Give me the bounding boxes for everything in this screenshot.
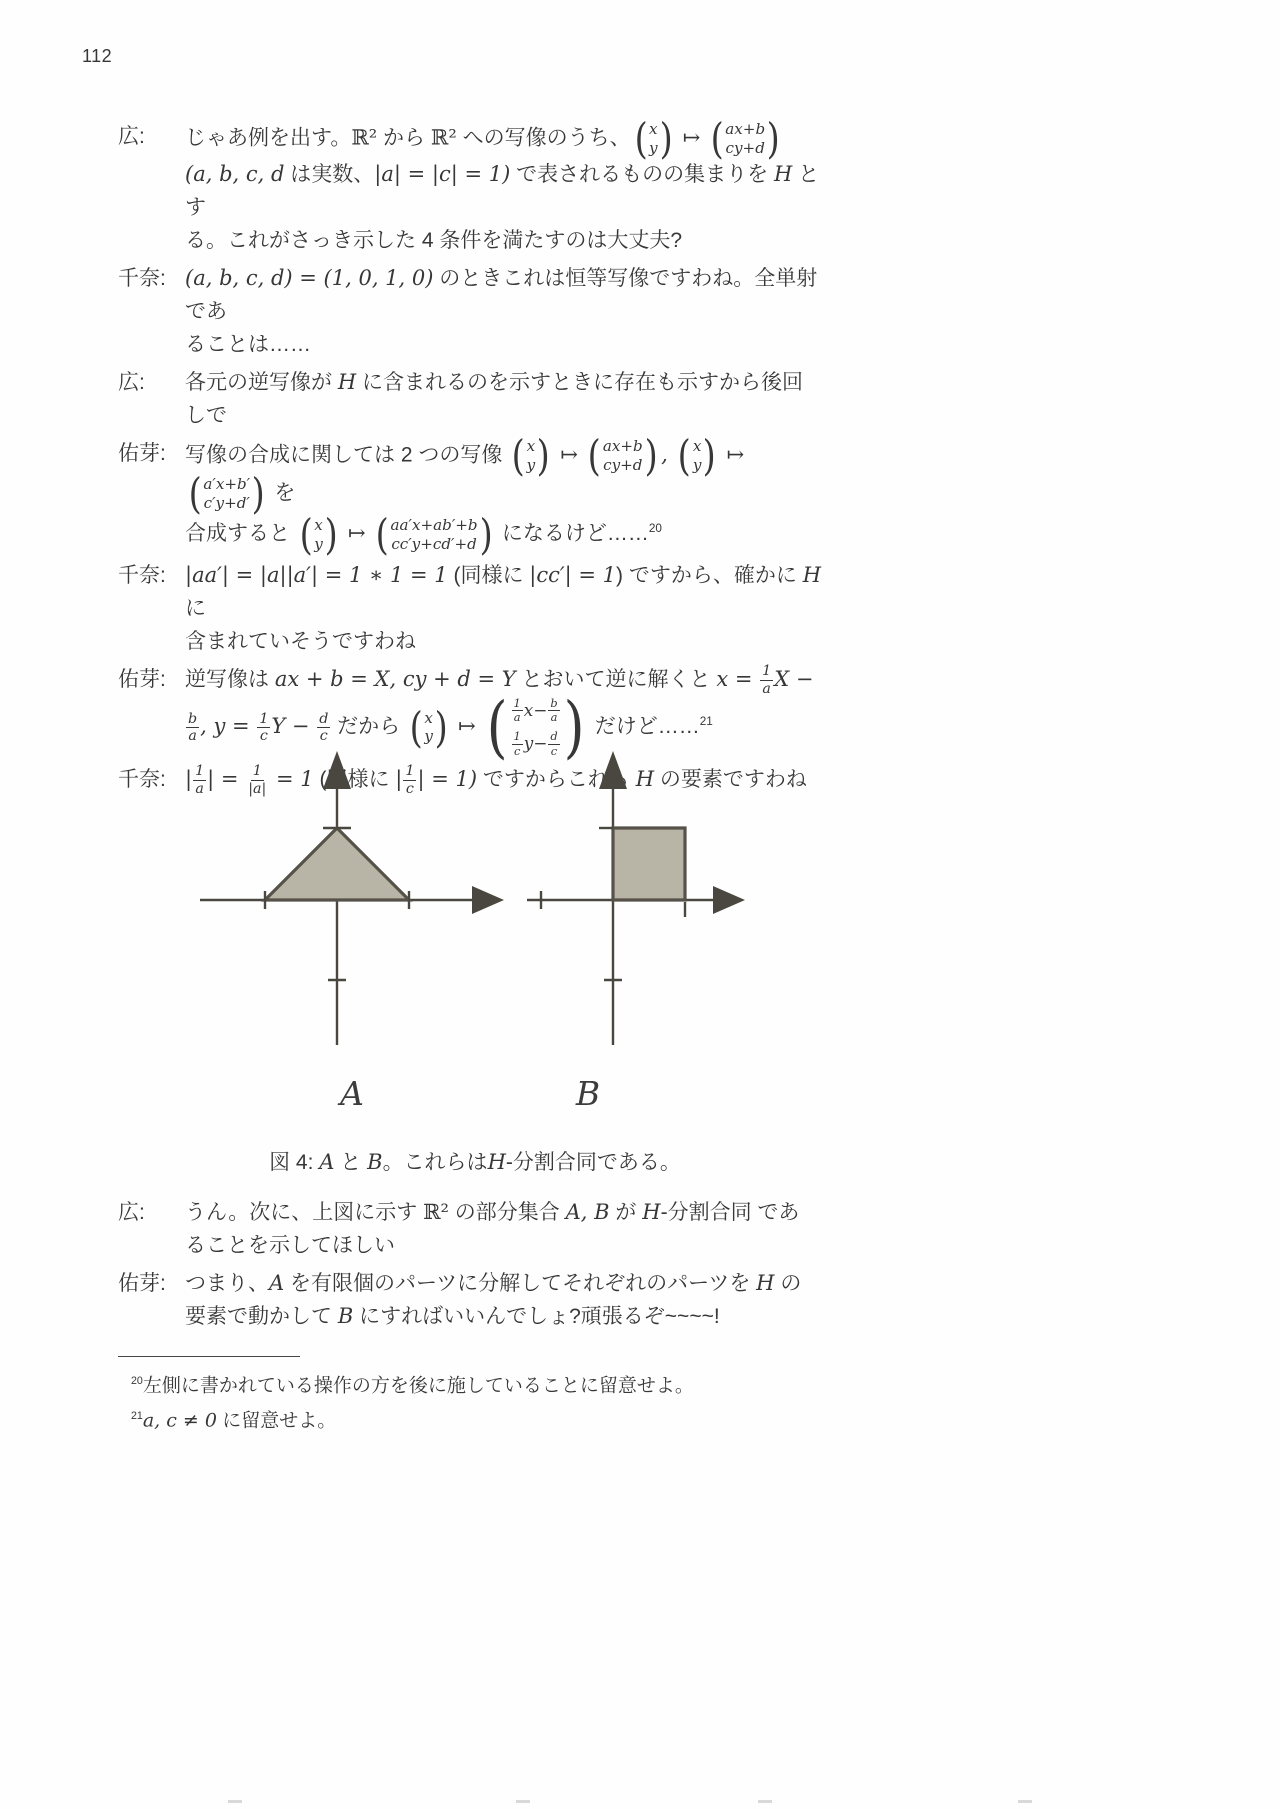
blackboard-symbol: ℝ² [423, 1200, 449, 1224]
scan-artifact [758, 1800, 772, 1803]
scan-artifact [1018, 1800, 1032, 1803]
speaker-label: 広: [118, 1196, 185, 1262]
scan-artifact [516, 1800, 530, 1803]
math-fraction: ba [186, 711, 199, 745]
math-text: x [649, 120, 658, 139]
text-run: とおいて逆に解くと [516, 668, 717, 691]
fraction-numerator: d [317, 711, 330, 728]
figure-panel-a [192, 745, 512, 1047]
math-text: (a, b, c, d) = (1, 0, 1, 0) [185, 266, 433, 290]
paren-right: ) [479, 516, 492, 554]
vector-entries: aa′x+ab′+bcc′y+cd′+d [391, 516, 478, 554]
dialogue-lines: (a, b, c, d) = (1, 0, 1, 0) のときこれは恒等写像です… [185, 262, 832, 361]
footnote-ref: 21 [700, 715, 713, 728]
dialogue-line: 含まれていそうですわね [185, 625, 832, 658]
dialogue-lines: 各元の逆写像が H に含まれるのを示すときに存在も示すから後回しで [185, 366, 832, 432]
math-text: ax+b [603, 437, 643, 456]
text-run: で表されるものの集まりを [510, 163, 774, 186]
math-fraction: 1a [512, 697, 523, 724]
dialogue-line: 合成すると (xy) ↦ (aa′x+ab′+bcc′y+cd′+d) になるけ… [185, 512, 832, 553]
math-vector: (xy) [676, 437, 717, 475]
fraction-numerator: 1 [760, 663, 773, 680]
paren-left: ( [634, 120, 647, 158]
vector-row: x [314, 516, 323, 535]
text-run: を有限個のパーツに分解してそれぞれのパーツを [284, 1272, 756, 1295]
math-text: , y = [200, 714, 256, 738]
paren-left: ( [711, 120, 724, 158]
dialogue-lines: 逆写像は ax + b = X, cy + d = Y とおいて逆に解くと x … [185, 663, 832, 758]
figure-panel-b [505, 745, 765, 1047]
paren-left: ( [678, 437, 691, 475]
dialogue-line: 逆写像は ax + b = X, cy + d = Y とおいて逆に解くと x … [185, 663, 832, 697]
text-run: だから [331, 715, 406, 738]
dialogue-lines: うん。次に、上図に示す ℝ² の部分集合 A, B が H-分割合同 であること… [185, 1196, 832, 1262]
text-run: への写像のうち、 [457, 126, 631, 149]
text-run: (同様に [448, 564, 530, 587]
speaker-label: 広: [118, 366, 185, 432]
text-run: が [610, 1201, 643, 1224]
paren-right: ) [435, 709, 448, 747]
dialogue-line: じゃあ例を出す。ℝ² から ℝ² への写像のうち、(xy) ↦ (ax+bcy+… [185, 120, 832, 158]
text-run: だけど…… [589, 715, 700, 738]
vector-row: y [314, 535, 323, 554]
math-vector: (xy) [298, 516, 339, 554]
page-number: 112 [82, 46, 112, 67]
math-text: x [527, 437, 536, 456]
math-text: x [424, 709, 433, 728]
vector-row: x [527, 437, 536, 456]
text-run: は実数、 [284, 163, 374, 186]
blackboard-symbol: ℝ² [431, 125, 457, 149]
math-text: a, c ≠ 0 [143, 1410, 217, 1432]
vector-row: a′x+b′ [203, 475, 250, 494]
math-vector: (ax+bcy+d) [709, 120, 782, 158]
fraction-denominator: a [549, 711, 560, 724]
text-run: の部分集合 [449, 1201, 566, 1224]
math-text: cy+d [603, 456, 642, 475]
fraction-denominator: c [318, 728, 330, 744]
fraction-numerator: b [186, 711, 199, 728]
math-text: H [803, 563, 821, 587]
dialogue-lines: 写像の合成に関しては 2 つの写像 (xy) ↦ (ax+bcy+d), (xy… [185, 437, 832, 554]
math-text: x [693, 437, 702, 456]
figure-caption: 図 4: A と B。これらはH-分割合同である。 [130, 1146, 820, 1176]
math-text: A, B [566, 1200, 610, 1224]
vector-row: ax+b [603, 437, 643, 456]
text-run: から [377, 126, 431, 149]
vector-row: x [649, 120, 658, 139]
dialogue-line: (a, b, c, d) = (1, 0, 1, 0) のときこれは恒等写像です… [185, 262, 832, 328]
paren-left: ( [410, 709, 423, 747]
text-run: になるけど…… [496, 522, 649, 545]
dialogue-line: しで [185, 399, 832, 432]
dialogue-block-bottom: 広:うん。次に、上図に示す ℝ² の部分集合 A, B が H-分割合同 である… [118, 1196, 832, 1338]
math-vector: (ax+bcy+d) [586, 437, 659, 475]
vector-row: c′y+d′ [204, 494, 250, 513]
dialogue-line: つまり、A を有限個のパーツに分解してそれぞれのパーツを H の [185, 1267, 832, 1300]
math-text: H [338, 370, 356, 394]
dialogue-line: 各元の逆写像が H に含まれるのを示すときに存在も示すから後回 [185, 366, 832, 399]
dialogue-line: 要素で動かして B にすればいいんでしょ?頑張るぞ~~~~! [185, 1300, 832, 1333]
math-text: x = [716, 667, 759, 691]
text-run: に含まれるのを示すときに存在も示すから後回 [356, 371, 803, 394]
vector-entries: a′x+b′c′y+d′ [203, 475, 250, 513]
math-text: ↦ [341, 521, 372, 545]
math-text: H [756, 1271, 774, 1295]
math-text: |aa′| = |a||a′| = 1 ∗ 1 = 1 [185, 563, 448, 587]
text-run: うん。次に、上図に示す [185, 1201, 423, 1224]
vector-entries: ax+bcy+d [603, 437, 643, 475]
math-text: B [367, 1150, 382, 1174]
footnote-item: 21a, c ≠ 0 に留意せよ。 [118, 1401, 828, 1436]
fraction-denominator: a [512, 711, 523, 724]
math-text: cc′y+cd′+d [391, 535, 476, 554]
x-axis-arrow-icon [472, 886, 504, 914]
triangle-shape-a [265, 828, 409, 900]
text-run: -分割合同である。 [506, 1151, 681, 1174]
math-text: ↦ [554, 442, 585, 466]
math-text: H [642, 1200, 660, 1224]
vector-entries: xy [527, 437, 536, 475]
text-run: 図 4: [269, 1151, 319, 1174]
speaker-label: 千奈: [118, 262, 185, 361]
dialogue-entry: 広:うん。次に、上図に示す ℝ² の部分集合 A, B が H-分割合同 である… [118, 1196, 832, 1262]
dialogue-block-top: 広:じゃあ例を出す。ℝ² から ℝ² への写像のうち、(xy) ↦ (ax+bc… [118, 120, 832, 802]
footnote-mark: 20 [131, 1375, 143, 1387]
dialogue-entry: 広:各元の逆写像が H に含まれるのを示すときに存在も示すから後回しで [118, 366, 832, 432]
math-fraction: 1a [760, 663, 773, 697]
math-vector: (a′x+b′c′y+d′) [187, 475, 267, 513]
math-text: ax+b [725, 120, 765, 139]
math-text: aa′x+ab′+b [391, 516, 478, 535]
paren-right: ) [767, 120, 780, 158]
scan-artifact [228, 1800, 242, 1803]
fraction-numerator: d [548, 730, 559, 744]
math-vector: (xy) [510, 437, 551, 475]
speaker-label: 佑芽: [118, 663, 185, 758]
vector-entries: xy [424, 709, 433, 747]
math-vector: (aa′x+ab′+bcc′y+cd′+d) [374, 516, 494, 554]
text-run: の [775, 1272, 802, 1295]
math-text: X − [774, 667, 813, 691]
vector-row: y [649, 139, 658, 158]
dialogue-line: うん。次に、上図に示す ℝ² の部分集合 A, B が H-分割合同 であ [185, 1196, 832, 1229]
text-run: じゃあ例を出す。 [185, 126, 351, 149]
paren-left: ( [376, 516, 389, 554]
math-text: y [693, 456, 702, 475]
vector-row: cy+d [603, 456, 642, 475]
paren-right: ) [252, 475, 265, 513]
math-text: Y − [271, 714, 316, 738]
dialogue-line: ることを示してほしい [185, 1229, 832, 1262]
dialogue-lines: つまり、A を有限個のパーツに分解してそれぞれのパーツを H の要素で動かして … [185, 1267, 832, 1333]
dialogue-entry: 佑芽:写像の合成に関しては 2 つの写像 (xy) ↦ (ax+bcy+d), … [118, 437, 832, 554]
vector-row: 1ax−ba [511, 697, 561, 724]
vector-row: ax+b [725, 120, 765, 139]
text-run: 要素で動かして [185, 1305, 338, 1328]
text-run: と [334, 1151, 367, 1174]
text-run: 各元の逆写像が [185, 371, 338, 394]
math-text: , [661, 442, 674, 466]
fraction-numerator: 1 [512, 697, 523, 711]
math-fraction: ba [548, 697, 559, 724]
paren-right: ) [324, 516, 337, 554]
vector-row: y [693, 456, 702, 475]
shape-label-b: B [556, 1074, 620, 1113]
math-text: y [649, 139, 658, 158]
speaker-label: 佑芽: [118, 1267, 185, 1333]
fraction-numerator: b [548, 697, 559, 711]
math-text: ↦ [676, 125, 707, 149]
paren-right: ) [659, 120, 672, 158]
math-text: H [774, 162, 792, 186]
paren-left: ( [189, 475, 202, 513]
math-text: H [488, 1150, 506, 1174]
vector-row: y [527, 456, 536, 475]
vector-entries: xy [649, 120, 658, 158]
dialogue-line: ることは…… [185, 328, 832, 361]
footnote-mark: 21 [131, 1410, 143, 1422]
math-text: ↦ [720, 442, 751, 466]
dialogue-line: 写像の合成に関しては 2 つの写像 (xy) ↦ (ax+bcy+d), (xy… [185, 437, 832, 513]
vector-row: x [424, 709, 433, 728]
text-run: 。これらは [383, 1151, 488, 1174]
dialogue-line: (a, b, c, d は実数、|a| = |c| = 1) で表されるものの集… [185, 158, 832, 224]
math-text: y [424, 727, 433, 746]
text-run: る。これがさっき示した 4 条件を満たすのは大丈夫? [185, 229, 682, 252]
fraction-numerator: 1 [512, 730, 523, 744]
fraction-denominator: c [258, 728, 270, 744]
vector-row: y [424, 727, 433, 746]
fraction-numerator: 1 [257, 711, 270, 728]
vector-row: cc′y+cd′+d [391, 535, 476, 554]
paren-right: ) [644, 437, 657, 475]
math-text: cy+d [726, 139, 765, 158]
math-text: x− [524, 702, 548, 720]
dialogue-line: |aa′| = |a||a′| = 1 ∗ 1 = 1 (同様に |cc′| =… [185, 559, 832, 625]
paren-right: ) [537, 437, 550, 475]
paren-left: ( [588, 437, 601, 475]
math-text: y [527, 456, 536, 475]
math-text: B [338, 1304, 353, 1328]
paren-left: ( [512, 437, 525, 475]
dialogue-entry: 佑芽:つまり、A を有限個のパーツに分解してそれぞれのパーツを H の要素で動か… [118, 1267, 832, 1333]
footnote-item: 20左側に書かれている操作の方を後に施していることに留意せよ。 [118, 1366, 828, 1401]
paren-right: ) [703, 437, 716, 475]
speaker-label: 千奈: [118, 559, 185, 658]
vector-entries: xy [314, 516, 323, 554]
text-run: 写像の合成に関しては 2 つの写像 [185, 443, 508, 466]
scanned-book-page: { "page": { "number": "112" }, "dialogue… [0, 0, 1280, 1809]
text-run: しで [185, 404, 227, 427]
text-run: 逆写像は [185, 668, 275, 691]
fraction-denominator: a [760, 681, 773, 697]
text-run: つまり、 [185, 1272, 269, 1295]
math-text: A [269, 1271, 284, 1295]
dialogue-lines: じゃあ例を出す。ℝ² から ℝ² への写像のうち、(xy) ↦ (ax+bcy+… [185, 120, 832, 257]
text-run: ) ですから、確かに [616, 564, 803, 587]
y-axis-arrow-icon [599, 751, 627, 789]
footnote-ref: 20 [649, 522, 662, 535]
math-vector: (xy) [408, 709, 449, 747]
footnote-rule [118, 1356, 300, 1357]
x-axis-arrow-icon [713, 886, 745, 914]
math-text: a′x+b′ [203, 475, 250, 494]
speaker-label: 千奈: [118, 763, 185, 797]
square-shape-b [613, 828, 685, 900]
y-axis-arrow-icon [323, 751, 351, 789]
math-text: A [319, 1150, 334, 1174]
math-text: ↦ [451, 714, 482, 738]
speaker-label: 広: [118, 120, 185, 257]
math-text: c′y+d′ [204, 494, 250, 513]
speaker-label: 佑芽: [118, 437, 185, 554]
text-run: に留意せよ。 [217, 1411, 336, 1432]
dialogue-entry: 千奈:|aa′| = |a||a′| = 1 ∗ 1 = 1 (同様に |cc′… [118, 559, 832, 658]
math-fraction: dc [317, 711, 330, 745]
vector-row: cy+d [726, 139, 765, 158]
shape-label-a: A [320, 1074, 384, 1113]
text-run: ることを示してほしい [185, 1234, 395, 1257]
text-run: -分割合同 であ [661, 1201, 800, 1224]
math-vector: (xy) [633, 120, 674, 158]
math-text: |cc′| = 1 [529, 563, 616, 587]
text-run: 左側に書かれている操作の方を後に施していることに留意せよ。 [143, 1375, 694, 1396]
math-text: |a| = |c| = 1) [374, 162, 510, 186]
dialogue-entry: 千奈:(a, b, c, d) = (1, 0, 1, 0) のときこれは恒等写… [118, 262, 832, 361]
vector-row: aa′x+ab′+b [391, 516, 478, 535]
math-text: x [314, 516, 323, 535]
text-run: 合成すると [185, 522, 296, 545]
vector-row: x [693, 437, 702, 456]
dialogue-entry: 佑芽:逆写像は ax + b = X, cy + d = Y とおいて逆に解くと… [118, 663, 832, 758]
paren-left: ( [299, 516, 312, 554]
text-run: にすればいいんでしょ?頑張るぞ~~~~! [353, 1305, 719, 1328]
fraction-denominator: a [186, 728, 199, 744]
math-text: y [314, 535, 323, 554]
footnotes: 20左側に書かれている操作の方を後に施していることに留意せよ。21a, c ≠ … [118, 1356, 828, 1437]
dialogue-line: る。これがさっき示した 4 条件を満たすのは大丈夫? [185, 224, 832, 257]
vector-entries: xy [693, 437, 702, 475]
text-run: 含まれていそうですわね [185, 630, 416, 653]
text-run: ることは…… [185, 333, 311, 356]
dialogue-lines: |aa′| = |a||a′| = 1 ∗ 1 = 1 (同様に |cc′| =… [185, 559, 832, 658]
math-fraction: 1c [257, 711, 270, 745]
vector-entries: ax+bcy+d [725, 120, 765, 158]
text-run: を [269, 481, 296, 504]
math-text: (a, b, c, d [185, 162, 284, 186]
blackboard-symbol: ℝ² [351, 125, 377, 149]
dialogue-entry: 広:じゃあ例を出す。ℝ² から ℝ² への写像のうち、(xy) ↦ (ax+bc… [118, 120, 832, 257]
math-text: ax + b = X, cy + d = Y [275, 667, 516, 691]
